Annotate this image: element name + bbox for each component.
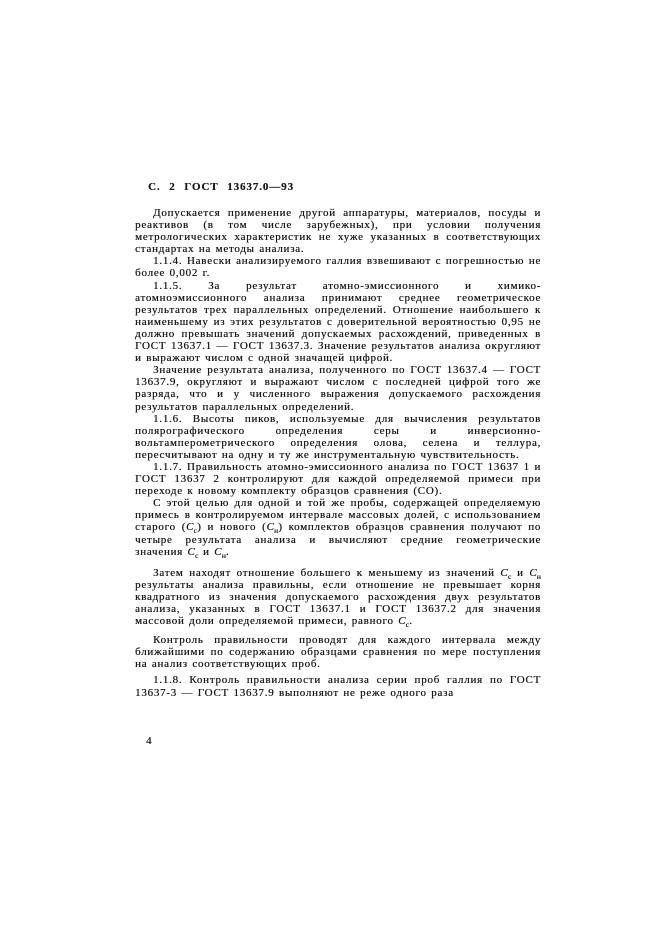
- page-number: 4: [146, 735, 152, 747]
- paragraph: Значение результата анализа, полученного…: [135, 364, 541, 412]
- paragraph: Допускается применение другой аппаратуры…: [135, 207, 541, 255]
- paragraph: 1.1.8. Контроль правильности анализа сер…: [135, 674, 541, 698]
- paragraph: 1.1.6. Высоты пиков, используемые для вы…: [135, 413, 541, 461]
- paragraph: Затем находят отношение большего к меньш…: [135, 567, 541, 627]
- document-body: Допускается применение другой аппаратуры…: [135, 207, 541, 699]
- paragraph: С этой целью для одной и той же пробы, с…: [135, 497, 541, 557]
- document-page: С. 2 ГОСТ 13637.0—93 Допускается примене…: [0, 0, 661, 935]
- paragraph: 1.1.5. За результат атомно-эмиссионного …: [135, 280, 541, 365]
- paragraph: 1.1.7. Правильность атомно-эмиссионного …: [135, 461, 541, 497]
- paragraph: 1.1.4. Навески анализируемого галлия взв…: [135, 255, 541, 279]
- paragraph: Контроль правильности проводят для каждо…: [135, 634, 541, 670]
- running-header: С. 2 ГОСТ 13637.0—93: [148, 181, 294, 193]
